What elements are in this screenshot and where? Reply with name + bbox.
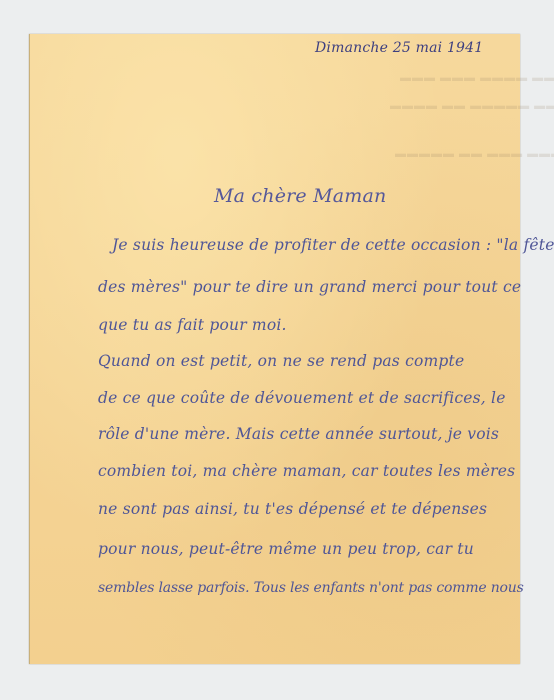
letter-line: que tu as fait pour moi.: [98, 316, 287, 334]
letter-sheet: [29, 34, 520, 664]
letter-line: pour nous, peut-être même un peu trop, c…: [98, 540, 474, 558]
letter-date: Dimanche 25 mai 1941: [315, 40, 483, 56]
letter-line: Je suis heureuse de profiter de cette oc…: [112, 236, 554, 254]
letter-line: des mères" pour te dire un grand merci p…: [98, 278, 521, 296]
letter-line: rôle d'une mère. Mais cette année surtou…: [98, 425, 499, 443]
letter-salutation: Ma chère Maman: [214, 185, 386, 207]
letter-line: combien toi, ma chère maman, car toutes …: [98, 462, 515, 480]
letter-line: de ce que coûte de dévouement et de sacr…: [98, 389, 506, 407]
letter-line: ne sont pas ainsi, tu t'es dépensé et te…: [98, 500, 487, 518]
show-through-text: ▬▬▬▬ ▬▬ ▬▬▬▬▬ ▬▬▬ ▬▬▬▬: [390, 100, 554, 112]
show-through-text: ▬▬▬ ▬▬▬ ▬▬▬▬ ▬▬▬ ▬▬▬▬▬: [400, 72, 554, 84]
letter-line: sembles lasse parfois. Tous les enfants …: [98, 580, 524, 596]
show-through-text: ▬▬▬▬▬ ▬▬ ▬▬▬ ▬▬▬▬▬▬: [395, 148, 554, 160]
letter-line: Quand on est petit, on ne se rend pas co…: [98, 352, 464, 370]
